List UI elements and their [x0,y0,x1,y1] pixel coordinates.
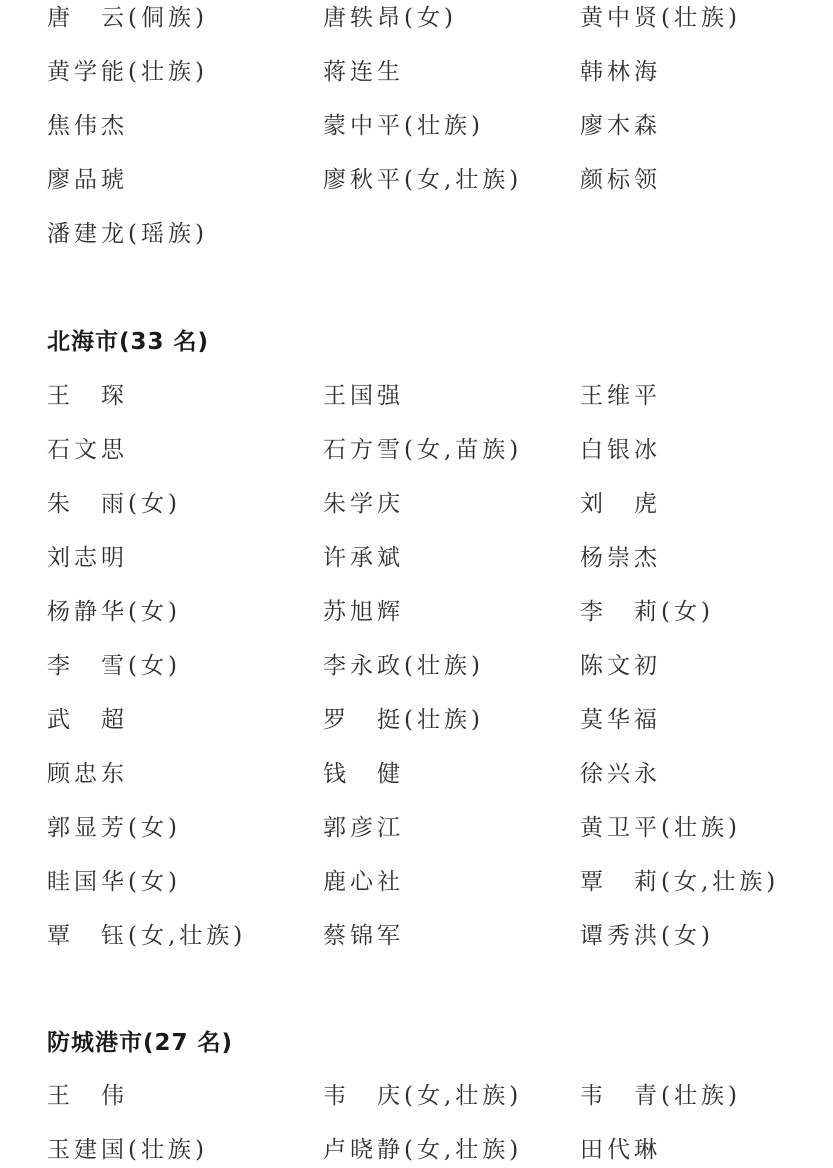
name-entry: 武 超 [47,702,128,738]
name-entry: 潘建龙(瑶族) [47,216,208,252]
name-entry: 李永政(壮族) [323,648,484,684]
name-entry: 谭秀洪(女) [580,918,714,954]
name-entry: 李 雪(女) [47,648,181,684]
name-row: 潘建龙(瑶族) [0,216,833,256]
name-row: 黄学能(壮族) 蒋连生 韩林海 [0,54,833,94]
name-entry: 杨崇杰 [580,540,661,576]
name-entry: 石文思 [47,432,128,468]
name-entry: 廖木森 [580,108,661,144]
name-entry: 刘 虎 [580,486,661,522]
name-entry: 郭显芳(女) [47,810,181,846]
name-entry: 廖秋平(女,壮族) [323,162,522,198]
name-entry: 颜标领 [580,162,661,198]
name-row: 王 琛 王国强 王维平 [0,378,833,418]
name-entry: 罗 挺(壮族) [323,702,484,738]
name-entry: 王国强 [323,378,404,414]
name-entry: 王 琛 [47,378,128,414]
name-entry: 覃 莉(女,壮族) [580,864,779,900]
name-row: 王 伟 韦 庆(女,壮族) 韦 青(壮族) [0,1078,833,1118]
name-entry: 许承斌 [323,540,404,576]
name-row: 李 雪(女) 李永政(壮族) 陈文初 [0,648,833,688]
name-entry: 眭国华(女) [47,864,181,900]
name-row: 玉建国(壮族) 卢晓静(女,壮族) 田代琳 [0,1132,833,1168]
name-row: 武 超 罗 挺(壮族) 莫华福 [0,702,833,742]
name-entry: 黄卫平(壮族) [580,810,741,846]
name-row: 廖品琥 廖秋平(女,壮族) 颜标领 [0,162,833,202]
name-entry: 朱学庆 [323,486,404,522]
name-entry: 徐兴永 [580,756,661,792]
name-entry: 朱 雨(女) [47,486,181,522]
name-entry: 郭彦江 [323,810,404,846]
name-entry: 王 伟 [47,1078,128,1114]
name-entry: 李 莉(女) [580,594,714,630]
name-entry: 韩林海 [580,54,661,90]
name-row: 刘志明 许承斌 杨崇杰 [0,540,833,580]
name-entry: 唐 云(侗族) [47,0,208,36]
name-entry: 顾忠东 [47,756,128,792]
name-entry: 卢晓静(女,壮族) [323,1132,522,1168]
document-page: 唐 云(侗族) 唐轶昂(女) 黄中贤(壮族) 黄学能(壮族) 蒋连生 韩林海 焦… [0,0,833,1168]
name-entry: 钱 健 [323,756,404,792]
name-entry: 廖品琥 [47,162,128,198]
name-entry: 焦伟杰 [47,108,128,144]
name-row: 唐 云(侗族) 唐轶昂(女) 黄中贤(壮族) [0,0,833,40]
name-row: 石文思 石方雪(女,苗族) 白银冰 [0,432,833,472]
name-entry: 黄学能(壮族) [47,54,208,90]
name-row: 郭显芳(女) 郭彦江 黄卫平(壮族) [0,810,833,850]
name-entry: 王维平 [580,378,661,414]
name-entry: 蔡锦军 [323,918,404,954]
name-row: 杨静华(女) 苏旭辉 李 莉(女) [0,594,833,634]
name-entry: 韦 庆(女,壮族) [323,1078,522,1114]
name-entry: 覃 钰(女,壮族) [47,918,246,954]
name-entry: 田代琳 [580,1132,661,1168]
name-entry: 黄中贤(壮族) [580,0,741,36]
name-entry: 白银冰 [580,432,661,468]
name-entry: 苏旭辉 [323,594,404,630]
name-row: 焦伟杰 蒙中平(壮族) 廖木森 [0,108,833,148]
name-entry: 蒙中平(壮族) [323,108,484,144]
name-entry: 莫华福 [580,702,661,738]
name-row: 眭国华(女) 鹿心社 覃 莉(女,壮族) [0,864,833,904]
name-entry: 杨静华(女) [47,594,181,630]
name-entry: 韦 青(壮族) [580,1078,741,1114]
name-entry: 陈文初 [580,648,661,684]
name-entry: 唐轶昂(女) [323,0,457,36]
name-entry: 玉建国(壮族) [47,1132,208,1168]
name-entry: 蒋连生 [323,54,404,90]
name-row: 朱 雨(女) 朱学庆 刘 虎 [0,486,833,526]
name-row: 覃 钰(女,壮族) 蔡锦军 谭秀洪(女) [0,918,833,958]
name-entry: 鹿心社 [323,864,404,900]
name-row: 顾忠东 钱 健 徐兴永 [0,756,833,796]
name-entry: 石方雪(女,苗族) [323,432,522,468]
section-heading-beihai: 北海市(33 名) [47,324,209,360]
section-heading-fangchenggang: 防城港市(27 名) [47,1025,233,1061]
name-entry: 刘志明 [47,540,128,576]
